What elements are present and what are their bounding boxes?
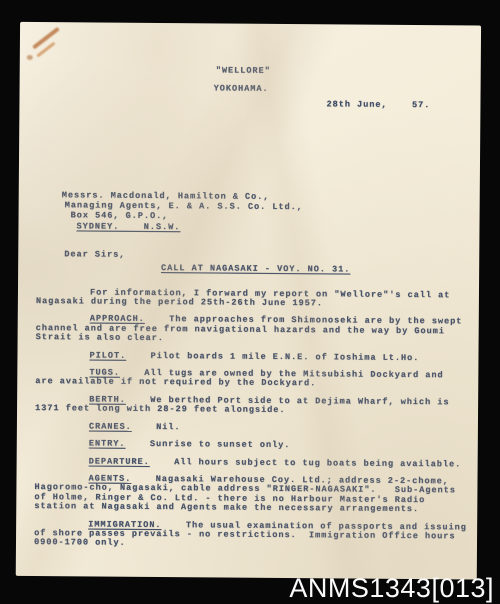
section-pilot: PILOT. Pilot boards 1 mile E.N.E. of Ios… bbox=[35, 351, 466, 364]
section-immigration: IMMIGRATION. The usual examination of pa… bbox=[34, 520, 465, 552]
catalog-number: ANMS1343[013] bbox=[289, 574, 494, 602]
address-city: SYDNEY. N.S.W. bbox=[76, 221, 180, 232]
rust-stain bbox=[27, 55, 33, 60]
recipient-address: Messrs. Macdonald, Hamilton & Co., Manag… bbox=[36, 190, 467, 234]
section-cranes: CRANES. Nil. bbox=[35, 422, 466, 435]
section-tugs: TUGS. All tugs are owned by the Mitsubis… bbox=[35, 368, 466, 390]
section-text: Pilot boards 1 mile E.N.E. of Ioshima Lt… bbox=[126, 350, 419, 362]
date-line: 28th June, 57. bbox=[326, 99, 468, 110]
section-departure: DEPARTURE. All hours subject to tug boat… bbox=[35, 457, 466, 470]
section-text: Sunrise to sunset only. bbox=[125, 439, 290, 450]
section-agents: AGENTS. Nagasaki Warehouse Coy. Ltd.; ad… bbox=[34, 474, 465, 515]
section-approach: APPROACH. The approaches from Shimonosek… bbox=[36, 314, 467, 346]
letter-page: "WELLORE" YOKOHAMA. 28th June, 57. Messr… bbox=[16, 22, 481, 580]
section-berth: BERTH. We berthed Port side to at Dejima… bbox=[35, 395, 466, 417]
intro-paragraph: For information, I forward my report on … bbox=[36, 288, 467, 310]
section-text: Nil. bbox=[132, 421, 181, 431]
section-label: PILOT. bbox=[89, 350, 126, 360]
salutation: Dear Sirs, bbox=[36, 250, 467, 263]
archive-photo: "WELLORE" YOKOHAMA. 28th June, 57. Messr… bbox=[0, 0, 500, 604]
section-label: ENTRY. bbox=[89, 439, 126, 449]
subject-line: CALL AT NAGASAKI - VOY. NO. 31. bbox=[161, 263, 350, 274]
section-entry: ENTRY. Sunrise to sunset only. bbox=[35, 439, 466, 452]
ship-name: "WELLORE" bbox=[38, 64, 469, 77]
section-text: All hours subject to tug boats being ava… bbox=[150, 456, 462, 468]
section-label: DEPARTURE. bbox=[89, 456, 150, 466]
section-label: CRANES. bbox=[89, 421, 132, 431]
port-name: YOKOHAMA. bbox=[38, 82, 469, 95]
